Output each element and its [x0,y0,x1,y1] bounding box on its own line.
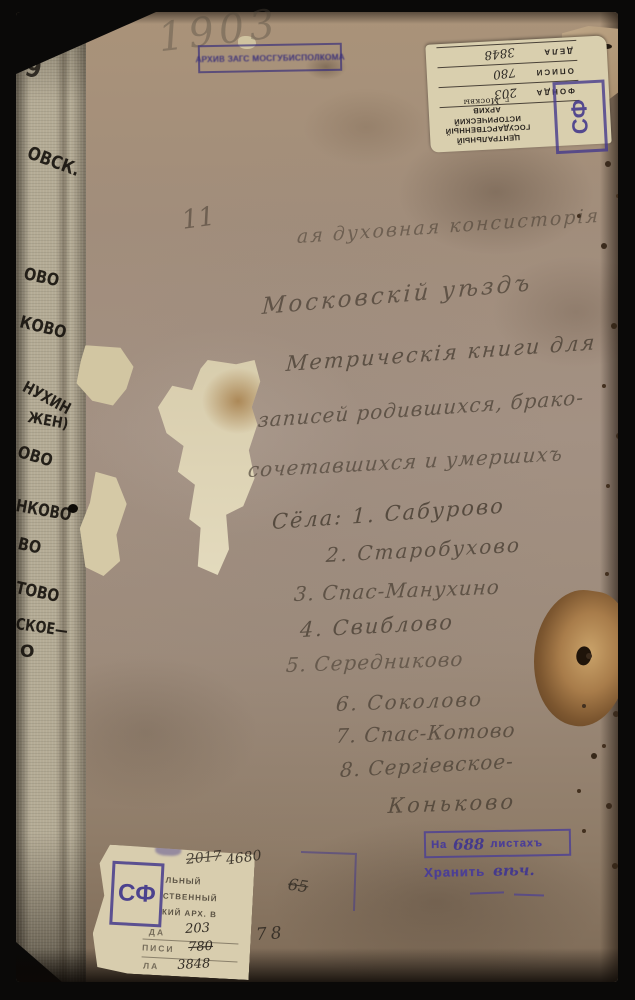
row-value: 780 [492,66,516,83]
handwriting-line: Коньково [387,789,517,818]
ink-blob [68,504,78,513]
worm-hole [575,645,592,666]
archive-label-top: ЦЕНТРАЛЬНЫЙ ГОСУДАРСТВЕННЫЙ ИСТОРИЧЕСКИЙ… [425,35,611,152]
org-name-fragment: ЛЬНЫЙ [165,876,201,887]
keep-stamp: Хранить вѣч. [424,861,535,881]
document-number: 11 [180,202,217,236]
margin-number: 78 [255,923,286,945]
row-value-crossed: 780 [188,939,214,955]
spine-text-fragment: О [20,642,34,662]
photo-of-book-cover: 9 ОВСК. ОВО КОВО НУХИН ЖЕН) ОВО НКОВО ВО… [0,0,635,1000]
sf-stamp: СФ [552,79,608,154]
row-label: ПИСИ [142,942,175,954]
crossed-margin-number: 65 [287,875,310,897]
stamp-suffix: листахъ [490,837,543,850]
keep-label: Хранить [424,864,485,880]
row-value: 203 [185,921,211,937]
cover-right-edge-shadow [600,12,618,982]
sf-stamp-text: СФ [566,99,594,135]
row-label: ЛА [143,961,160,972]
registry-stamp: АРХИВ ЗАГС МОСГУБИСПОЛКОМА [198,43,342,74]
row-value: 3848 [177,956,211,973]
org-name-fragment: СТВЕННЫЙ [163,891,218,903]
row-value: 3848 [484,46,516,64]
sheets-count-value: 688 [453,835,485,854]
sf-stamp: СФ [109,861,164,928]
registry-stamp-text: АРХИВ ЗАГС МОСГУБИСПОЛКОМА [195,52,344,64]
row-value: 203 [493,86,517,103]
org-name-fragment: КИЙ АРХ. В [162,907,217,919]
sheets-count-stamp: На 688 листахъ [424,829,571,859]
keep-value: вѣч. [493,861,535,880]
row-label: ДА [149,927,166,938]
stamp-prefix: На [431,838,447,850]
sf-stamp-text: СФ [117,879,156,909]
row-label: ДЕЛА [515,46,577,58]
row-label: ОПИСИ [516,66,578,78]
